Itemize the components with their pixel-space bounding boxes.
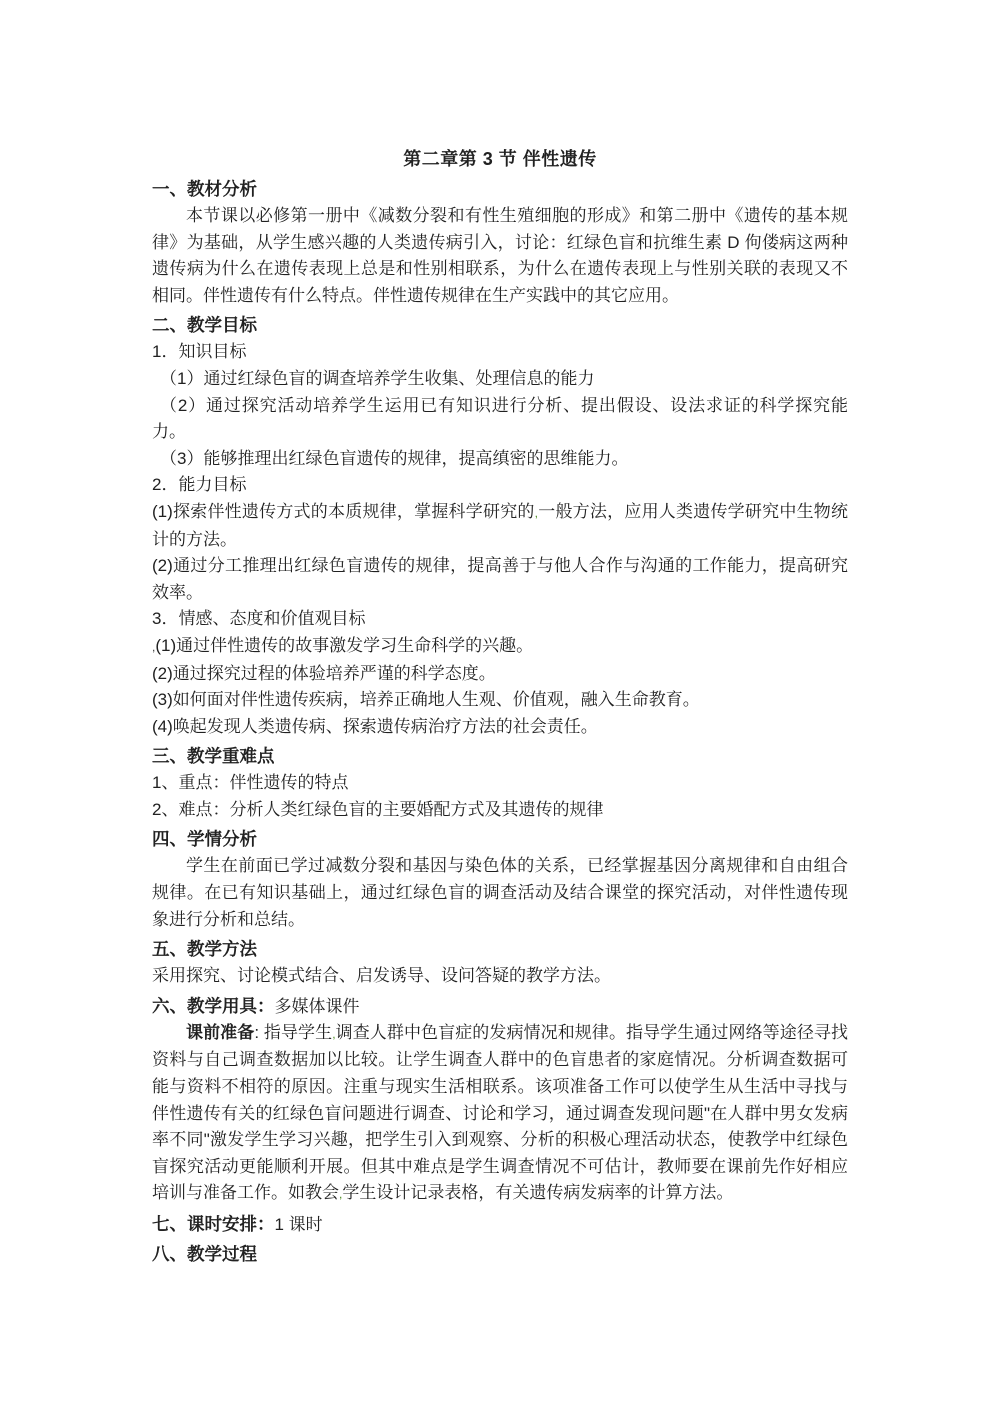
section-heading-textbook-analysis: 一、教材分析 (152, 176, 848, 203)
text-run: 学生设计记录表格，有关遗传病发病率的计算方法。 (342, 1183, 733, 1202)
knowledge-goal-item-1: （1）通过红绿色盲的调查培养学生收集、处理信息的能力 (152, 366, 848, 393)
values-goal-item-2: (2)通过探究过程的体验培养严谨的科学态度。 (152, 661, 848, 688)
knowledge-goal-item-2: （2）通过探究活动培养学生运用已有知识进行分析、提出假设、设法求证的科学探究能力… (152, 393, 848, 446)
ability-goal-item-2: (2)通过分工推理出红绿色盲遗传的规律，提高善于与他人合作与沟通的工作能力，提高… (152, 553, 848, 606)
teaching-methods-paragraph: 采用探究、讨论模式结合、启发诱导、设问答疑的教学方法。 (152, 963, 848, 990)
section-heading-key-difficult-points: 三、教学重难点 (152, 743, 848, 770)
class-hours-label: 七、课时安排： (152, 1214, 275, 1234)
teaching-tools-label: 六、教学用具： (152, 996, 275, 1016)
document-title: 第二章第 3 节 伴性遗传 (152, 146, 848, 173)
teaching-tools-value: 多媒体课件 (275, 997, 360, 1016)
section-heading-teaching-tools: 六、教学用具：多媒体课件 (152, 993, 848, 1020)
knowledge-goals-title: 1．知识目标 (152, 339, 848, 366)
section-heading-teaching-process: 八、教学过程 (152, 1241, 848, 1268)
class-hours-value: 1 课时 (275, 1215, 323, 1234)
values-goal-item-3: (3)如何面对伴性遗传疾病，培养正确地人生观、价值观，融入生命教育。 (152, 687, 848, 714)
knowledge-goal-item-3: （3）能够推理出红绿色盲遗传的规律，提高缜密的思维能力。 (152, 446, 848, 473)
learner-analysis-paragraph: 学生在前面已学过减数分裂和基因与染色体的关系，已经掌握基因分离规律和自由组合规律… (152, 853, 848, 933)
document-page: 第二章第 3 节 伴性遗传 一、教材分析 本节课以必修第一册中《减数分裂和有性生… (0, 0, 1000, 1414)
pre-class-preparation-paragraph: 课前准备: 指导学生,调查人群中色盲症的发病情况和规律。指导学生通过网络等途径寻… (152, 1020, 848, 1208)
section-heading-learner-analysis: 四、学情分析 (152, 826, 848, 853)
values-goal-item-1: ,(1)通过伴性遗传的故事激发学习生命科学的兴趣。 (152, 633, 848, 661)
pre-class-preparation-label: 课前准备 (186, 1023, 254, 1042)
section-heading-class-hours: 七、课时安排：1 课时 (152, 1211, 848, 1238)
section-heading-teaching-goals: 二、教学目标 (152, 312, 848, 339)
text-run: 调查人群中色盲症的发病情况和规律。指导学生通过网络等途径寻找资料与自己调查数据加… (152, 1023, 848, 1203)
ability-goals-title: 2．能力目标 (152, 472, 848, 499)
text-run: (1)通过伴性遗传的故事激发学习生命科学的兴趣。 (155, 636, 533, 655)
difficult-point: 2、难点：分析人类红绿色盲的主要婚配方式及其遗传的规律 (152, 797, 848, 824)
key-point: 1、重点：伴性遗传的特点 (152, 770, 848, 797)
values-goal-item-4: (4)唤起发现人类遗传病、探索遗传病治疗方法的社会责任。 (152, 714, 848, 741)
text-run: : 指导学生 (254, 1023, 332, 1042)
values-goals-title: 3．情感、态度和价值观目标 (152, 606, 848, 633)
section-heading-teaching-methods: 五、教学方法 (152, 936, 848, 963)
text-run: (1)探索伴性遗传方式的本质规律，掌握科学研究的 (152, 502, 535, 521)
textbook-analysis-paragraph: 本节课以必修第一册中《减数分裂和有性生殖细胞的形成》和第二册中《遗传的基本规律》… (152, 203, 848, 309)
ability-goal-item-1: (1)探索伴性遗传方式的本质规律，掌握科学研究的,一般方法，应用人类遗传学研究中… (152, 499, 848, 553)
